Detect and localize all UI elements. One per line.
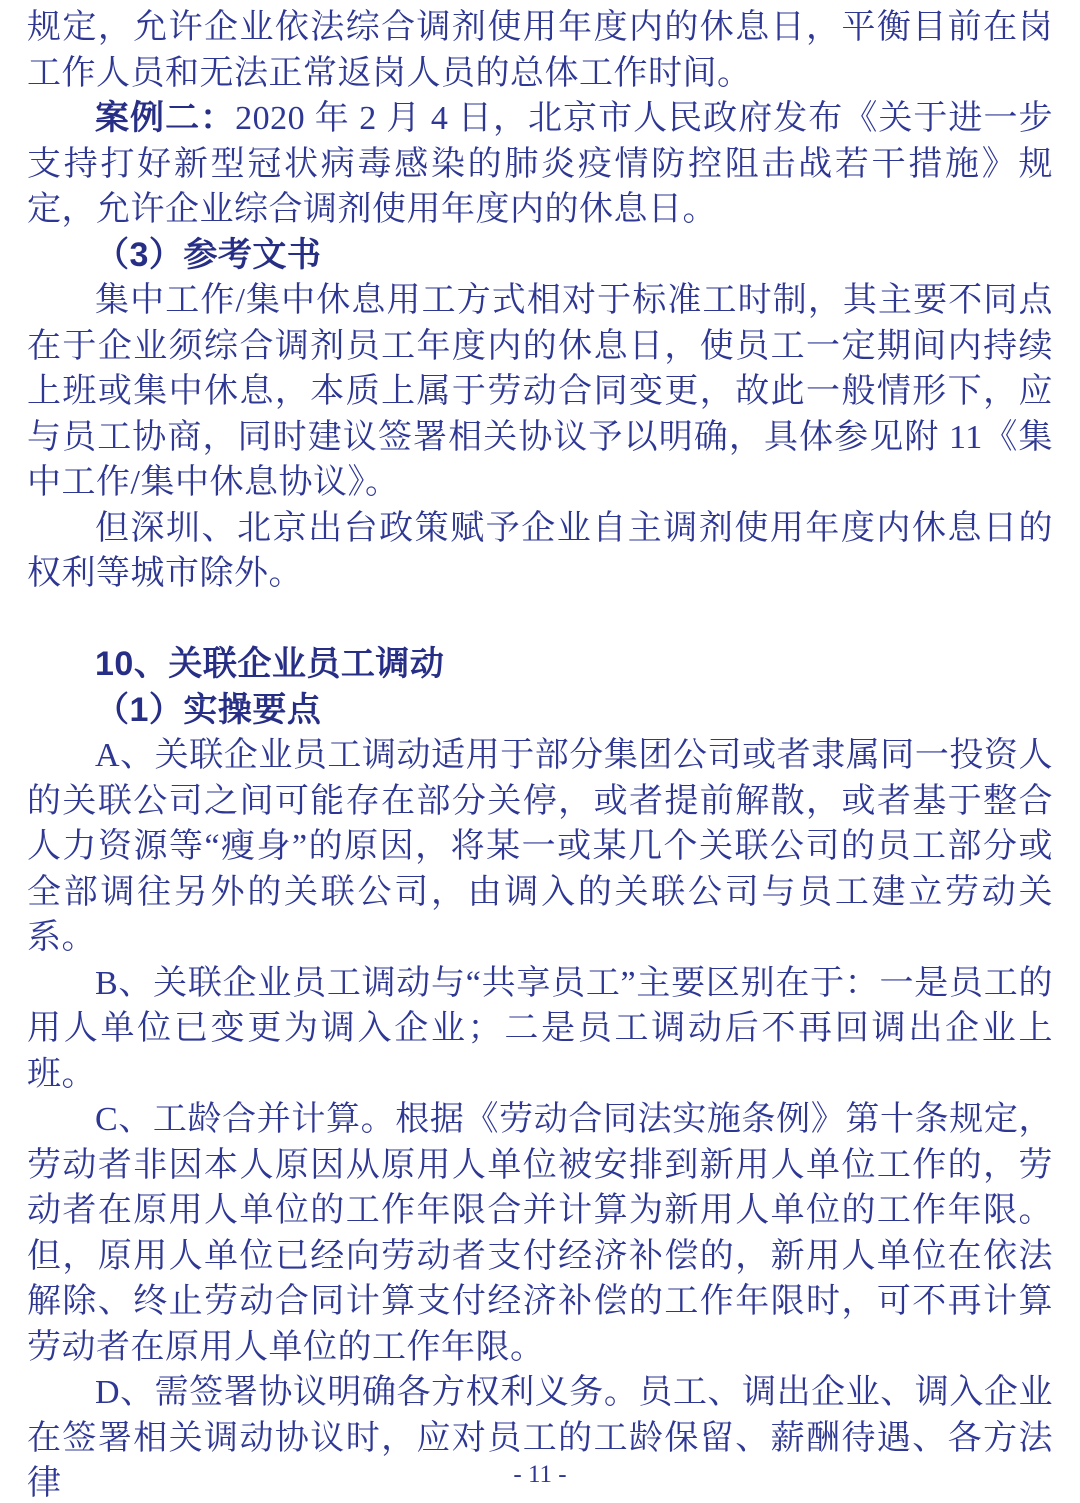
paragraph: 但深圳、北京出台政策赋予企业自主调剂使用年度内休息日的权利等城市除外。 <box>27 506 1053 597</box>
paragraph: C、工龄合并计算。根据《劳动合同法实施条例》第十条规定，劳动者非因本人原因从原用… <box>27 1097 1053 1370</box>
paragraph-spacer <box>27 597 1053 643</box>
page-number: - 11 - <box>0 1461 1080 1489</box>
document-body: 规定，允许企业依法综合调剂使用年度内的休息日，平衡目前在岗工作人员和无法正常返岗… <box>0 0 1080 1503</box>
document-page: 规定，允许企业依法综合调剂使用年度内的休息日，平衡目前在岗工作人员和无法正常返岗… <box>0 0 1080 1503</box>
section-heading: （1）实操要点 <box>27 688 1053 734</box>
paragraph-lead: 案例二： <box>95 99 235 137</box>
section-heading: （3）参考文书 <box>27 233 1053 279</box>
section-heading: 10、关联企业员工调动 <box>27 642 1053 688</box>
paragraph: 规定，允许企业依法综合调剂使用年度内的休息日，平衡目前在岗工作人员和无法正常返岗… <box>27 5 1053 96</box>
paragraph: 集中工作/集中休息用工方式相对于标准工时制，其主要不同点在于企业须综合调剂员工年… <box>27 278 1053 506</box>
paragraph: 案例二：2020 年 2 月 4 日，北京市人民政府发布《关于进一步支持打好新型… <box>27 96 1053 233</box>
paragraph: B、关联企业员工调动与“共享员工”主要区别在于：一是员工的用人单位已变更为调入企… <box>27 961 1053 1098</box>
paragraph: A、关联企业员工调动适用于部分集团公司或者隶属同一投资人的关联公司之间可能存在部… <box>27 733 1053 961</box>
